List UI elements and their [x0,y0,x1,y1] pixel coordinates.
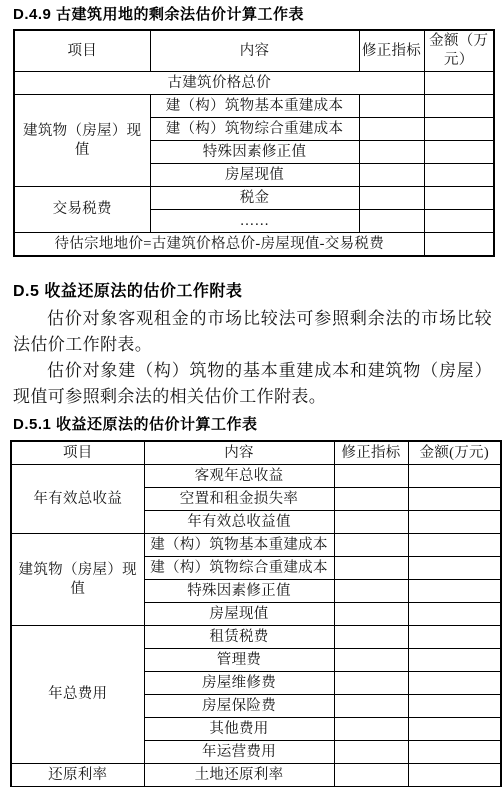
content-cell: 建（构）筑物基本重建成本 [150,95,359,118]
column-header-adjustment-index: 修正指标 [334,441,408,465]
amount-value-cell [408,718,501,741]
content-cell: 税金 [150,187,359,210]
land-price-formula-cell: 待估宗地地价=古建筑价格总价-房屋现值-交易税费 [14,233,424,257]
adjustment-value-cell [334,695,408,718]
amount-value-cell [408,741,501,764]
content-cell: 房屋现值 [144,603,334,626]
amount-value-cell [424,187,494,210]
content-cell: 租赁税费 [144,626,334,649]
row-group-label-building-value: 建筑物（房屋）现值 [11,534,144,626]
adjustment-value-cell [334,718,408,741]
table-row: 建筑物（房屋）现值 建（构）筑物基本重建成本 [14,95,494,118]
content-cell: 房屋现值 [150,164,359,187]
adjustment-value-cell [334,649,408,672]
content-cell: 建（构）筑物综合重建成本 [144,557,334,580]
table-row: 待估宗地地价=古建筑价格总价-房屋现值-交易税费 [14,233,494,257]
amount-value-cell [424,141,494,164]
amount-value-cell [424,95,494,118]
column-header-project: 项目 [11,441,144,465]
amount-value-cell [408,557,501,580]
total-price-cell: 古建筑价格总价 [14,72,424,95]
amount-value-cell [408,488,501,511]
adjustment-value-cell [359,210,424,233]
column-header-project: 项目 [14,30,150,72]
content-cell: 房屋保险费 [144,695,334,718]
amount-value-cell [408,465,501,488]
adjustment-value-cell [359,187,424,210]
amount-value-cell [408,649,501,672]
content-cell: 管理费 [144,649,334,672]
amount-value-cell [424,233,494,257]
content-cell: 土地还原利率 [144,764,334,787]
row-group-label-transaction-taxes: 交易税费 [14,187,150,233]
amount-value-cell [424,164,494,187]
paragraph-rebuild-cost: 估价对象建（构）筑物的基本重建成本和建筑物（房屋）现值可参照剩余法的相关估价工作… [13,358,492,410]
table-row: 年总费用 租赁税费 [11,626,501,649]
content-cell: 空置和租金损失率 [144,488,334,511]
section-heading-d51: D.5.1 收益还原法的估价计算工作表 [13,413,503,434]
row-group-label-capitalization-rate: 还原利率 [11,764,144,787]
content-cell: …… [150,210,359,233]
residual-method-table: 项目 内容 修正指标 金额（万元） 古建筑价格总价 建筑物（房屋）现值 建（构）… [13,29,495,257]
table-row: 还原利率 土地还原利率 [11,764,501,787]
column-header-content: 内容 [144,441,334,465]
income-method-table: 项目 内容 修正指标 金额(万元) 年有效总收益 客观年总收益 空置和租金损失率… [10,440,502,787]
content-cell: 建（构）筑物综合重建成本 [150,118,359,141]
adjustment-value-cell [334,603,408,626]
adjustment-value-cell [334,557,408,580]
amount-value-cell [408,603,501,626]
adjustment-value-cell [359,118,424,141]
amount-value-cell [424,72,494,95]
content-cell: 其他费用 [144,718,334,741]
section-heading-d5: D.5 收益还原法的估价工作附表 [13,278,503,301]
column-header-amount: 金额(万元) [408,441,501,465]
adjustment-value-cell [334,672,408,695]
adjustment-value-cell [334,511,408,534]
amount-value-cell [408,695,501,718]
amount-value-cell [408,534,501,557]
amount-value-cell [408,672,501,695]
content-cell: 特殊因素修正值 [144,580,334,603]
content-cell: 年有效总收益值 [144,511,334,534]
column-header-content: 内容 [150,30,359,72]
adjustment-value-cell [334,580,408,603]
adjustment-value-cell [334,534,408,557]
adjustment-value-cell [359,95,424,118]
amount-value-cell [424,118,494,141]
amount-value-cell [424,210,494,233]
table-row: 交易税费 税金 [14,187,494,210]
row-group-label-annual-effective-income: 年有效总收益 [11,465,144,534]
adjustment-value-cell [334,488,408,511]
section-heading-d49: D.4.9 古建筑用地的剩余法估价计算工作表 [13,3,503,24]
row-group-label-building-value: 建筑物（房屋）现值 [14,95,150,187]
column-header-amount: 金额（万元） [424,30,494,72]
amount-value-cell [408,511,501,534]
adjustment-value-cell [334,741,408,764]
table-row: 古建筑价格总价 [14,72,494,95]
amount-value-cell [408,580,501,603]
adjustment-value-cell [359,164,424,187]
content-cell: 客观年总收益 [144,465,334,488]
table-header-row: 项目 内容 修正指标 金额（万元） [14,30,494,72]
content-cell: 特殊因素修正值 [150,141,359,164]
amount-value-cell [408,764,501,787]
amount-value-cell [408,626,501,649]
document-page: D.4.9 古建筑用地的剩余法估价计算工作表 项目 内容 修正指标 金额（万元）… [0,3,503,787]
content-cell: 年运营费用 [144,741,334,764]
adjustment-value-cell [359,141,424,164]
table-row: 年有效总收益 客观年总收益 [11,465,501,488]
row-group-label-annual-total-cost: 年总费用 [11,626,144,764]
adjustment-value-cell [334,465,408,488]
content-cell: 房屋维修费 [144,672,334,695]
adjustment-value-cell [334,626,408,649]
table-header-row: 项目 内容 修正指标 金额(万元) [11,441,501,465]
column-header-adjustment-index: 修正指标 [359,30,424,72]
adjustment-value-cell [334,764,408,787]
content-cell: 建（构）筑物基本重建成本 [144,534,334,557]
paragraph-market-comparison: 估价对象客观租金的市场比较法可参照剩余法的市场比较法估价工作附表。 [13,306,492,358]
table-row: 建筑物（房屋）现值 建（构）筑物基本重建成本 [11,534,501,557]
